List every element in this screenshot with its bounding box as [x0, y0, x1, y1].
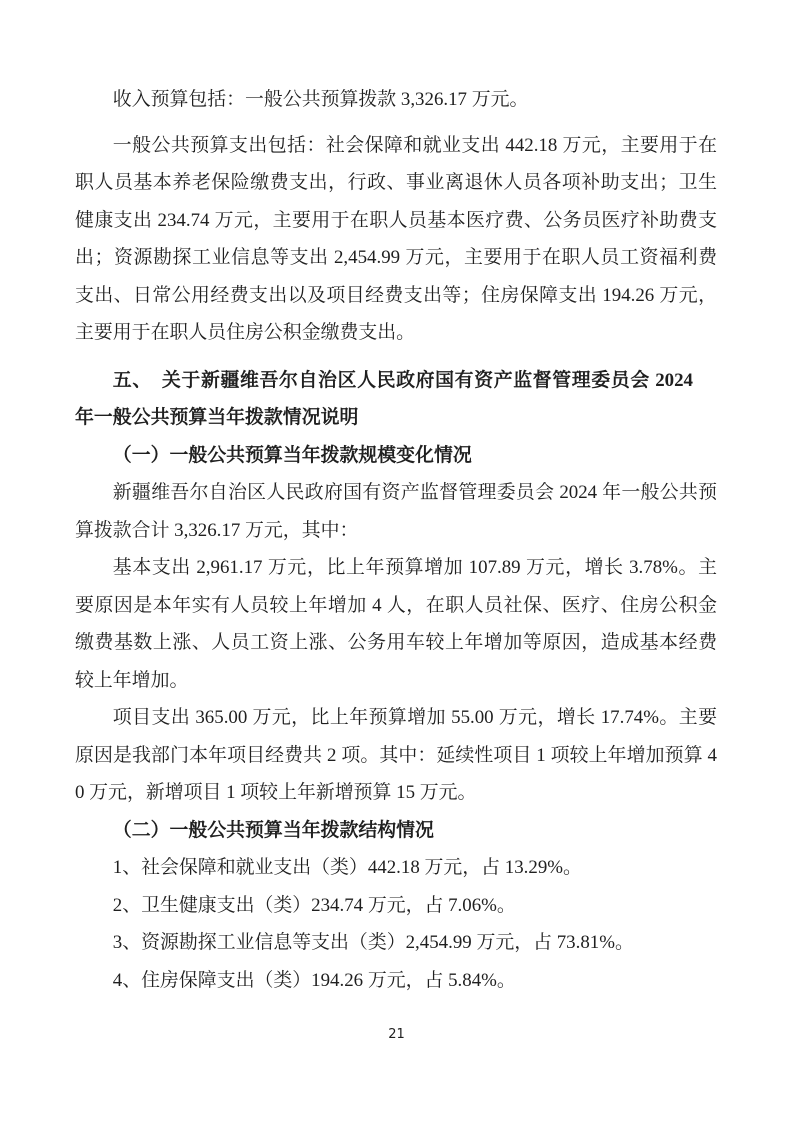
- subsection-2-heading: （二）一般公共预算当年拨款结构情况: [75, 812, 717, 850]
- page-number: 21: [0, 1026, 793, 1044]
- section-5-heading: 五、 关于新疆维吾尔自治区人民政府国有资产监督管理委员会 2024 年一般公共预…: [75, 362, 717, 437]
- list-item-resource-exploration: 3、资源勘探工业信息等支出（类）2,454.99 万元，占 73.81%。: [75, 924, 717, 962]
- paragraph-income-budget: 收入预算包括：一般公共预算拨款 3,326.17 万元。: [75, 81, 717, 119]
- list-item-housing: 4、住房保障支出（类）194.26 万元，占 5.84%。: [75, 962, 717, 1000]
- subsection-1-heading: （一）一般公共预算当年拨款规模变化情况: [75, 437, 717, 475]
- paragraph-expenditure-budget: 一般公共预算支出包括：社会保障和就业支出 442.18 万元，主要用于在职人员基…: [75, 127, 717, 352]
- list-item-health: 2、卫生健康支出（类）234.74 万元，占 7.06%。: [75, 887, 717, 925]
- document-body: 收入预算包括：一般公共预算拨款 3,326.17 万元。 一般公共预算支出包括：…: [75, 81, 717, 999]
- paragraph-basic-expenditure: 基本支出 2,961.17 万元，比上年预算增加 107.89 万元，增长 3.…: [75, 549, 717, 699]
- paragraph-appropriation-total: 新疆维吾尔自治区人民政府国有资产监督管理委员会 2024 年一般公共预算拨款合计…: [75, 474, 717, 549]
- list-item-social-security: 1、社会保障和就业支出（类）442.18 万元，占 13.29%。: [75, 849, 717, 887]
- document-page: 收入预算包括：一般公共预算拨款 3,326.17 万元。 一般公共预算支出包括：…: [0, 0, 793, 1122]
- paragraph-project-expenditure: 项目支出 365.00 万元，比上年预算增加 55.00 万元，增长 17.74…: [75, 699, 717, 812]
